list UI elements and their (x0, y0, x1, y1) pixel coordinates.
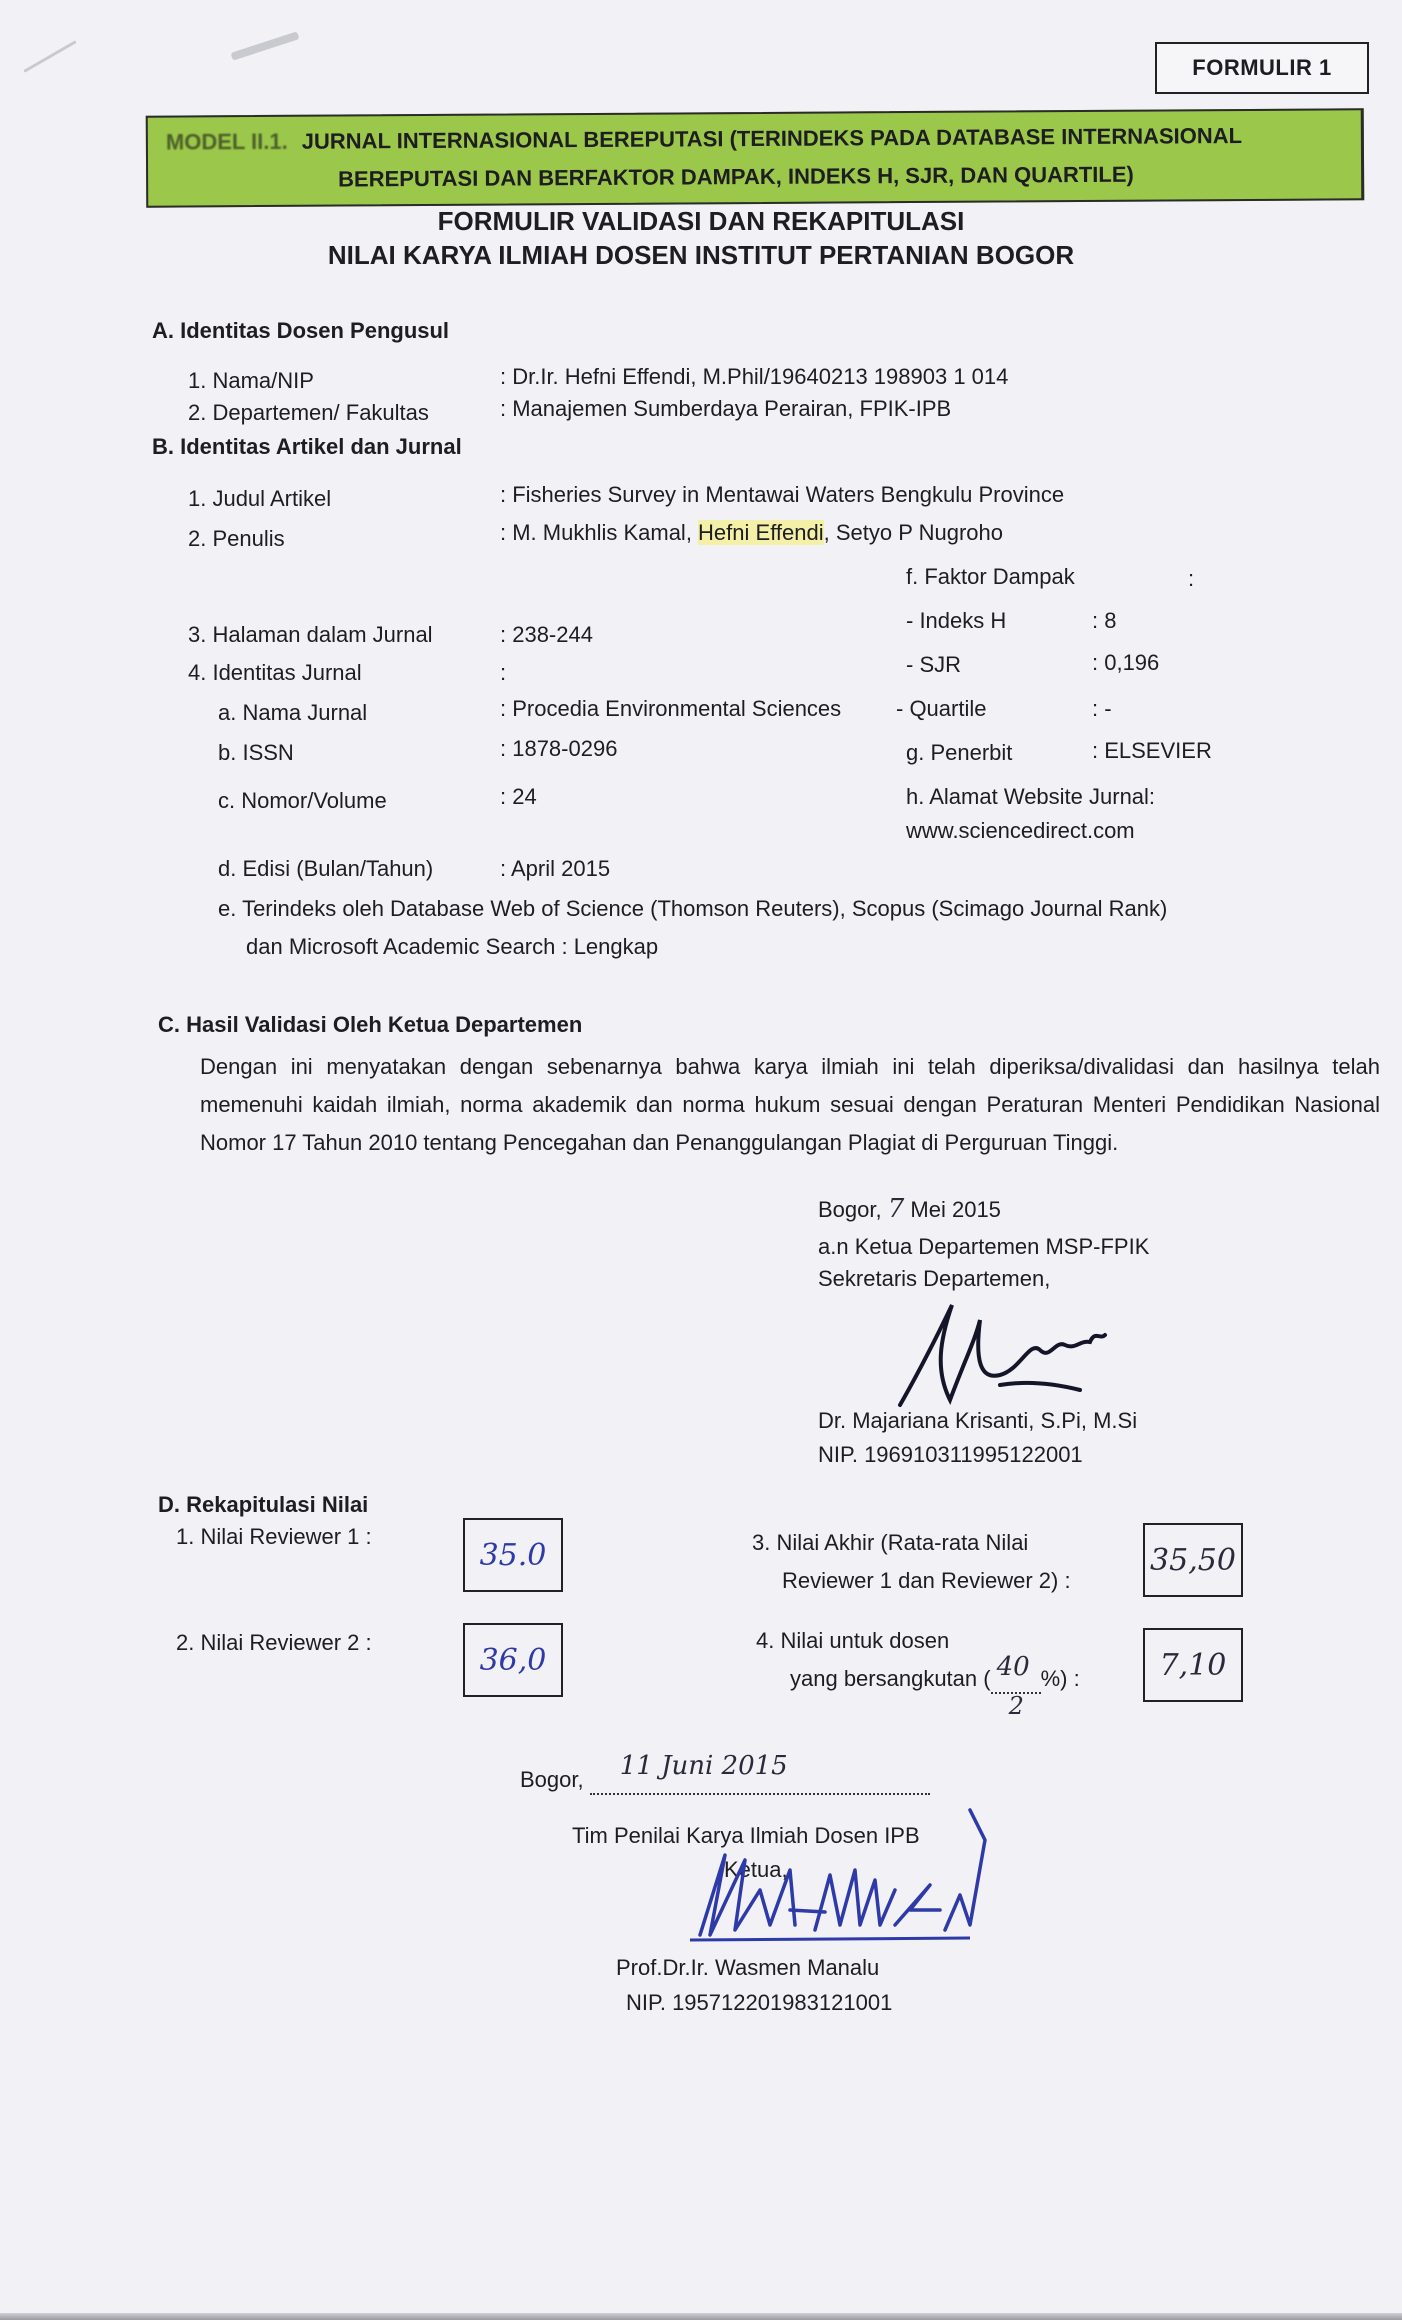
final-score-label-2: Reviewer 1 dan Reviewer 2) : (782, 1568, 1071, 1594)
model-code: MODEL II.1. (166, 129, 288, 155)
field-value-indeks-h: : 8 (1092, 608, 1116, 634)
field-label-judul: 1. Judul Artikel (188, 486, 331, 512)
field-value-website: www.sciencedirect.com (906, 818, 1135, 844)
field-label-penulis: 2. Penulis (188, 526, 285, 552)
scan-artifact (23, 40, 76, 73)
field-value-sjr: : 0,196 (1092, 650, 1159, 676)
chairman-name: Prof.Dr.Ir. Wasmen Manalu (616, 1955, 879, 1981)
signature-chairman (640, 1800, 1010, 1950)
penulis-prefix: : M. Mukhlis Kamal, (500, 520, 698, 545)
role-text: Sekretaris Departemen, (818, 1266, 1050, 1292)
field-value-penulis: : M. Mukhlis Kamal, Hefni Effendi, Setyo… (500, 520, 1003, 546)
field-label-edisi: d. Edisi (Bulan/Tahun) (218, 856, 433, 882)
banner-line-2: BEREPUTASI DAN BERFAKTOR DAMPAK, INDEKS … (338, 162, 1134, 193)
field-value-nomor: : 24 (500, 784, 537, 810)
dosen-score-label-2: yang bersangkutan (402 %) : (790, 1666, 1080, 1694)
handwritten-day: 7 (888, 1194, 905, 1224)
secretary-nip: NIP. 196910311995122001 (818, 1442, 1083, 1468)
percent-denominator: 2 (1009, 1692, 1024, 1720)
field-terindeks-line-2: dan Microsoft Academic Search : Lengkap (246, 934, 658, 960)
section-a-heading: A. Identitas Dosen Pengusul (152, 318, 449, 344)
field-label-identitas: 4. Identitas Jurnal (188, 660, 362, 686)
dosen-label-suffix: %) : (1041, 1666, 1080, 1691)
banner-line-1: MODEL II.1.JURNAL INTERNASIONAL BEREPUTA… (166, 123, 1242, 156)
scan-artifact (230, 31, 299, 60)
field-label-penerbit: g. Penerbit (906, 740, 1012, 766)
section-c-heading: C. Hasil Validasi Oleh Ketua Departemen (158, 1012, 582, 1038)
field-label-website: h. Alamat Website Jurnal: (906, 784, 1155, 810)
field-value-penerbit: : ELSEVIER (1092, 738, 1212, 764)
field-label-departemen: 2. Departemen/ Fakultas (188, 400, 429, 426)
signature-secretary (880, 1300, 1140, 1410)
field-value-edisi: : April 2015 (500, 856, 610, 882)
field-value-halaman: : 238-244 (500, 622, 593, 648)
section-d-heading: D. Rekapitulasi Nilai (158, 1492, 368, 1518)
field-label-indeks-h: - Indeks H (906, 608, 1006, 634)
field-label-nama-jurnal: a. Nama Jurnal (218, 700, 367, 726)
final-score: 35,50 (1143, 1523, 1243, 1597)
footer-place-date: Bogor, 11 Juni 2015 (520, 1767, 930, 1795)
page-title-line-1: FORMULIR VALIDASI DAN REKAPITULASI (0, 206, 1402, 237)
field-value-judul: : Fisheries Survey in Mentawai Waters Be… (500, 482, 1064, 508)
model-banner: MODEL II.1.JURNAL INTERNASIONAL BEREPUTA… (146, 108, 1365, 207)
validation-place-date: Bogor, 7 Mei 2015 (818, 1194, 1001, 1224)
validation-paragraph: Dengan ini menyatakan dengan sebenarnya … (200, 1048, 1380, 1162)
dosen-score-label-1: 4. Nilai untuk dosen (756, 1628, 949, 1654)
form-label: FORMULIR 1 (1192, 55, 1331, 81)
place-prefix: Bogor, (818, 1197, 882, 1222)
field-value-nama: : Dr.Ir. Hefni Effendi, M.Phil/19640213 … (500, 364, 1008, 390)
final-score-label-1: 3. Nilai Akhir (Rata-rata Nilai (752, 1530, 1028, 1556)
field-label-sjr: - SJR (906, 652, 961, 678)
reviewer2-score: 36,0 (463, 1623, 563, 1697)
chairman-nip: NIP. 195712201983121001 (626, 1990, 892, 2016)
footer-handwritten-date: 11 Juni 2015 (620, 1751, 788, 1781)
field-label-quartile: - Quartile (896, 696, 986, 722)
field-value-departemen: : Manajemen Sumberdaya Perairan, FPIK-IP… (500, 396, 951, 422)
penulis-suffix: , Setyo P Nugroho (824, 520, 1003, 545)
page-title-line-2: NILAI KARYA ILMIAH DOSEN INSTITUT PERTAN… (0, 240, 1402, 271)
footer-place-prefix: Bogor, (520, 1767, 590, 1792)
field-label-issn: b. ISSN (218, 740, 294, 766)
date-suffix: Mei 2015 (910, 1197, 1001, 1222)
percent-numerator: 40 (997, 1652, 1030, 1682)
form-label-box: FORMULIR 1 (1155, 42, 1369, 94)
field-value-faktor: : (1188, 566, 1194, 592)
footer-date-line: 11 Juni 2015 (590, 1767, 930, 1795)
dosen-percent-fraction: 402 (991, 1666, 1041, 1694)
secretary-name: Dr. Majariana Krisanti, S.Pi, M.Si (818, 1408, 1137, 1434)
field-value-identitas: : (500, 660, 506, 686)
field-label-nama: 1. Nama/NIP (188, 368, 314, 394)
dosen-label-prefix: yang bersangkutan ( (790, 1666, 991, 1691)
page-bottom-edge (0, 2313, 1402, 2320)
reviewer2-label: 2. Nilai Reviewer 2 : (176, 1630, 372, 1656)
field-value-issn: : 1878-0296 (500, 736, 617, 762)
on-behalf-text: a.n Ketua Departemen MSP-FPIK (818, 1234, 1149, 1260)
field-terindeks-line-1: e. Terindeks oleh Database Web of Scienc… (218, 896, 1167, 922)
dosen-score: 7,10 (1143, 1628, 1243, 1702)
field-label-nomor: c. Nomor/Volume (218, 788, 387, 814)
penulis-highlighted: Hefni Effendi (698, 520, 824, 545)
field-value-nama-jurnal: : Procedia Environmental Sciences (500, 696, 841, 722)
banner-text-1: JURNAL INTERNASIONAL BEREPUTASI (TERINDE… (302, 123, 1242, 154)
field-label-halaman: 3. Halaman dalam Jurnal (188, 622, 433, 648)
field-value-quartile: : - (1092, 696, 1112, 722)
section-b-heading: B. Identitas Artikel dan Jurnal (152, 434, 462, 460)
reviewer1-score: 35.0 (463, 1518, 563, 1592)
field-label-faktor: f. Faktor Dampak (906, 564, 1075, 590)
reviewer1-label: 1. Nilai Reviewer 1 : (176, 1524, 372, 1550)
